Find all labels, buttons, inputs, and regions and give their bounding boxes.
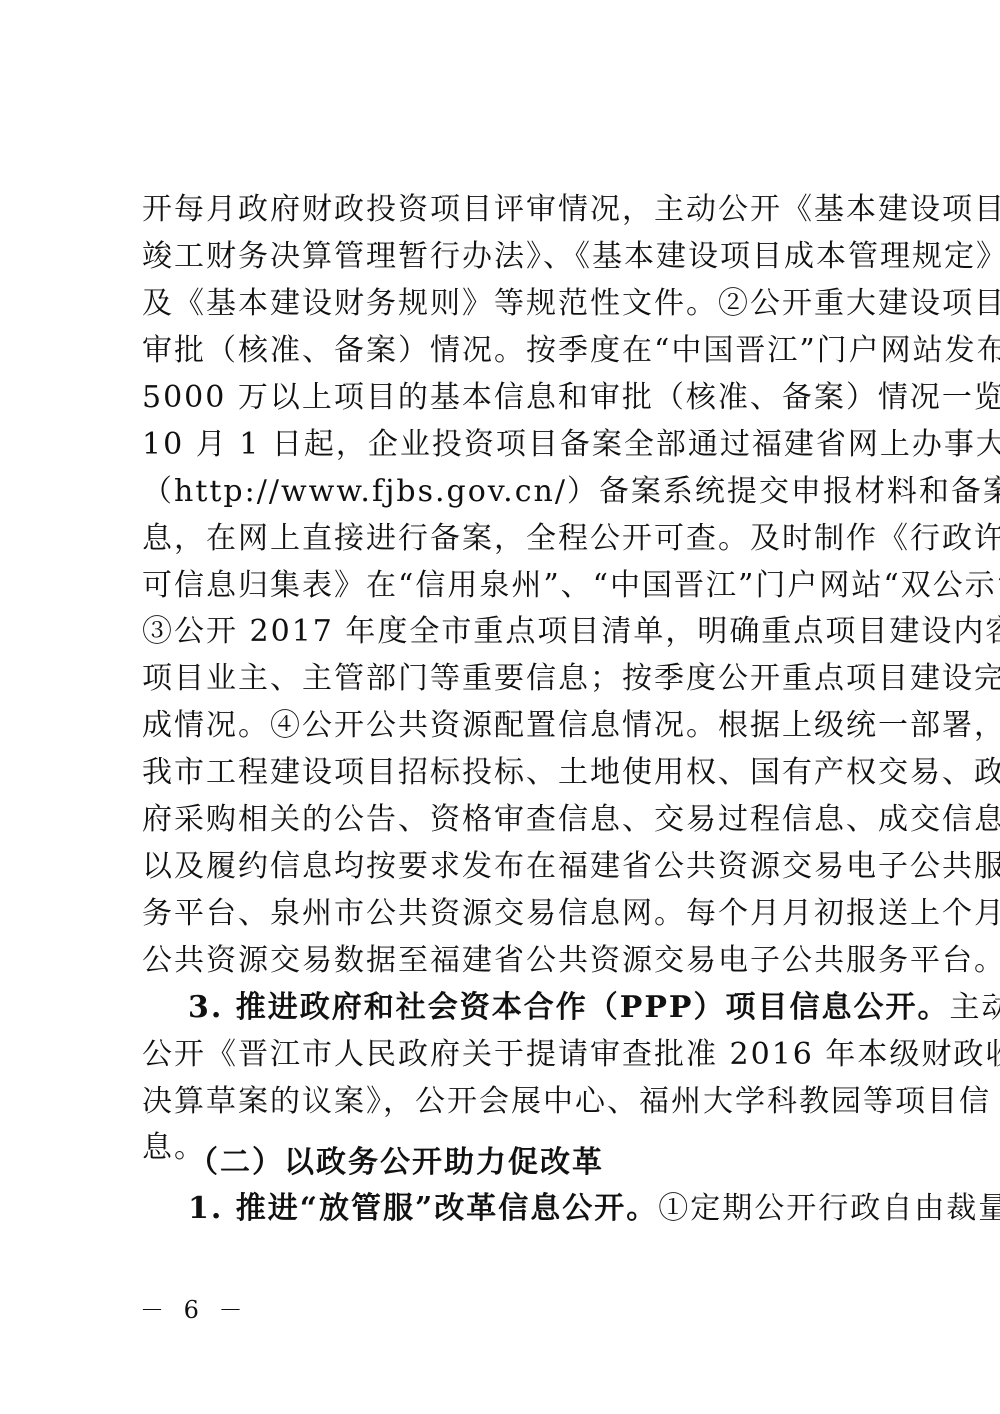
body-line: ③公开 2017 年度全市重点项目清单，明确重点项目建设内容、 [142,612,872,652]
section-1-first-line: 1. 推进“放管服”改革信息公开。①定期公开行政自由裁量 [188,1189,872,1229]
body-line: 审批（核准、备案）情况。按季度在“中国晋江”门户网站发布 [142,331,872,371]
section-3-title: 3. 推进政府和社会资本合作（PPP）项目信息公开。 [188,990,949,1025]
page-number: － 6 － [140,1290,249,1325]
body-line: 成情况。④公开公共资源配置信息情况。根据上级统一部署， [142,706,872,746]
body-line: 以及履约信息均按要求发布在福建省公共资源交易电子公共服 [142,847,872,887]
body-line: 5000 万以上项目的基本信息和审批（核准、备案）情况一览表。 [142,378,872,418]
body-line: 息，在网上直接进行备案，全程公开可查。及时制作《行政许 [142,519,872,559]
section-3-first-line: 3. 推进政府和社会资本合作（PPP）项目信息公开。主动 [188,988,872,1028]
section-heading: （二）以政务公开助力促改革 [188,1143,604,1183]
body-line: 公开《晋江市人民政府关于提请审查批准 2016 年本级财政收支 [142,1035,872,1075]
body-line: 务平台、泉州市公共资源交易信息网。每个月月初报送上个月 [142,894,872,934]
body-line: 府采购相关的公告、资格审查信息、交易过程信息、成交信息 [142,800,872,840]
document-page: 开每月政府财政投资项目评审情况，主动公开《基本建设项目 竣工财务决算管理暂行办法… [0,0,1000,1414]
body-line: 决算草案的议案》，公开会展中心、福州大学科教园等项目信 [142,1082,872,1122]
body-line: （http://www.fjbs.gov.cn/）备案系统提交申报材料和备案项目… [142,472,872,512]
body-line: 开每月政府财政投资项目评审情况，主动公开《基本建设项目 [142,190,872,230]
body-line: 我市工程建设项目招标投标、土地使用权、国有产权交易、政 [142,753,872,793]
body-line: 项目业主、主管部门等重要信息；按季度公开重点项目建设完 [142,659,872,699]
section-1-text: ①定期公开行政自由裁量 [658,1191,1000,1226]
section-1-title: 1. 推进“放管服”改革信息公开。 [188,1191,658,1226]
body-line: 可信息归集表》在“信用泉州”、“中国晋江”门户网站“双公示”。 [142,566,872,606]
section-3-text: 主动 [949,990,1000,1025]
body-line: 及《基本建设财务规则》等规范性文件。②公开重大建设项目 [142,284,872,324]
body-line: 10 月 1 日起，企业投资项目备案全部通过福建省网上办事大厅 [142,425,872,465]
body-line: 公共资源交易数据至福建省公共资源交易电子公共服务平台。 [142,941,872,981]
body-line: 竣工财务决算管理暂行办法》、《基本建设项目成本管理规定》 [142,237,872,277]
